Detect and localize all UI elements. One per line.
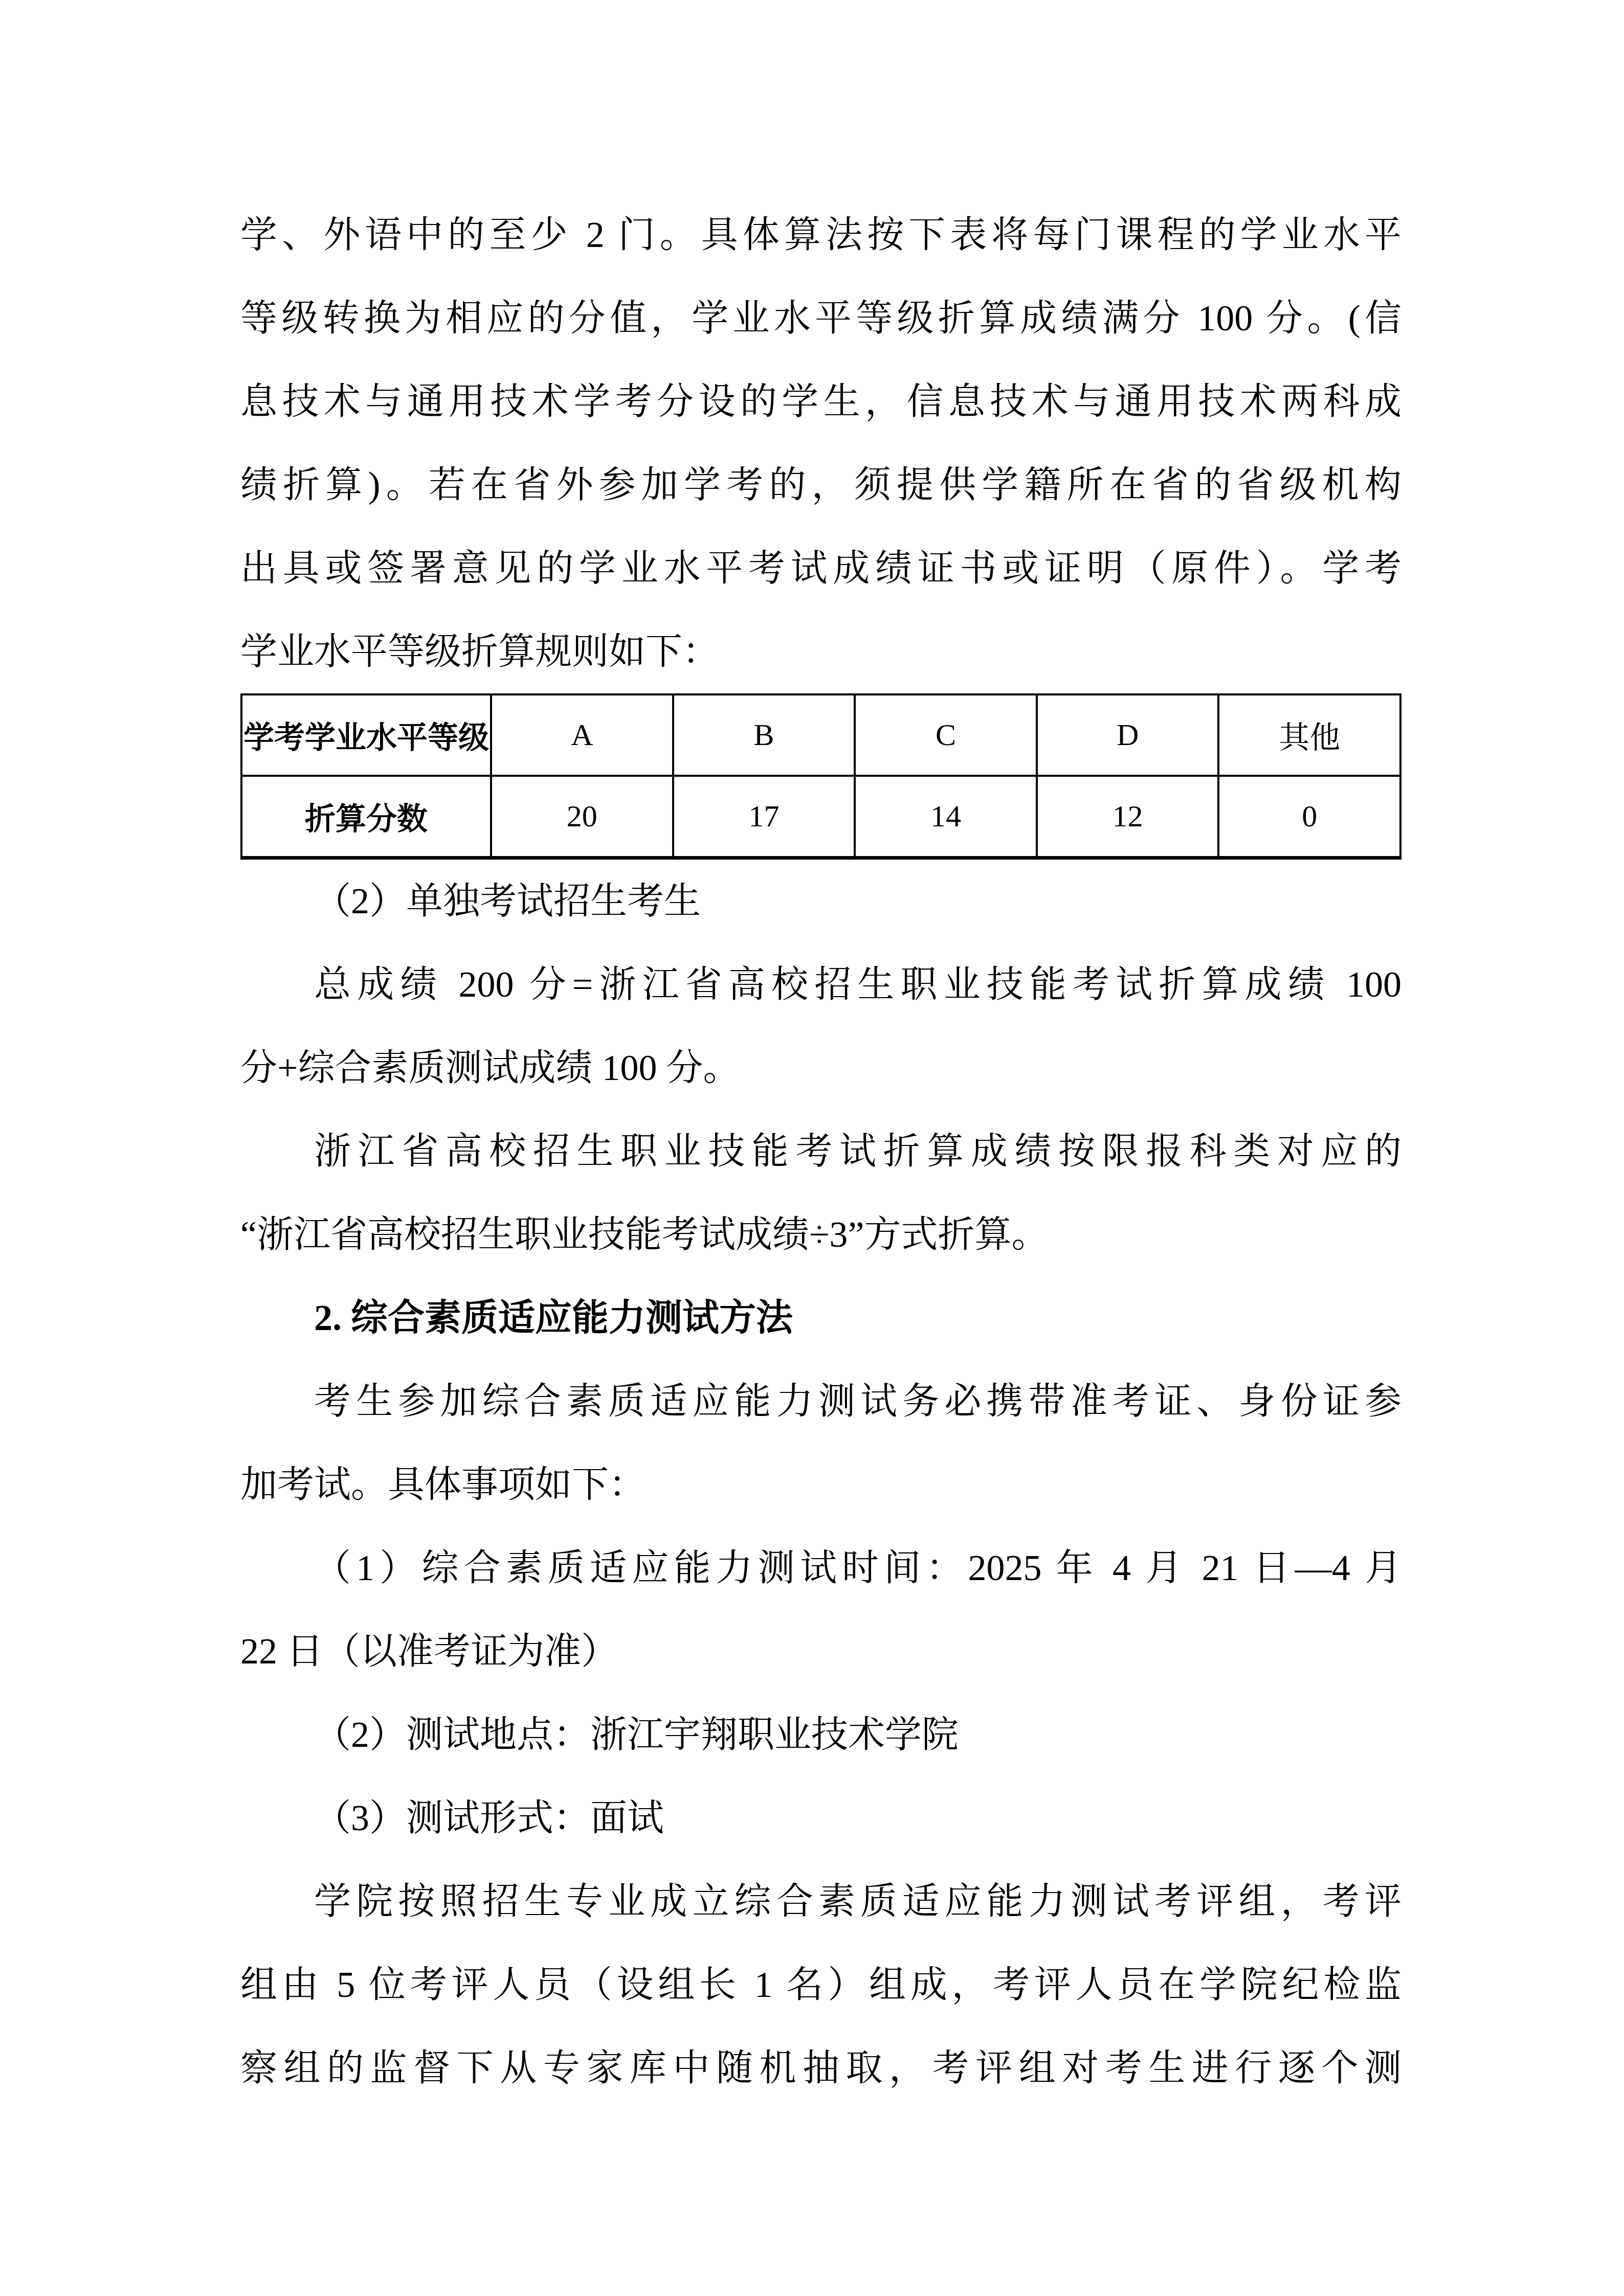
page-content: 学、外语中的至少 2 门。具体算法按下表将每门课程的学业水平 等级转换为相应的分… — [240, 193, 1401, 2110]
text-line: 察组的监督下从专家库中随机抽取，考评组对考生进行逐个测 — [240, 2027, 1401, 2110]
table-row-grades: 学考学业水平等级 A B C D 其他 — [241, 694, 1400, 776]
text-line: 考生参加综合素质适应能力测试务必携带准考证、身份证参 — [240, 1360, 1401, 1443]
text-line: （3）测试形式：面试 — [240, 1776, 1401, 1860]
section-heading-line: 2. 综合素质适应能力测试方法 — [240, 1276, 1401, 1360]
table-row-scores: 折算分数 20 17 14 12 0 — [241, 776, 1400, 858]
text-line: （2）单独考试招生考生 — [240, 860, 1401, 943]
table-cell-score-a: 20 — [491, 776, 673, 858]
text-line: 学业水平等级折算规则如下： — [240, 610, 1401, 693]
text-line: 学、外语中的至少 2 门。具体算法按下表将每门课程的学业水平 — [240, 193, 1401, 277]
text-line: （1）综合素质适应能力测试时间：2025 年 4 月 21 日—4 月 — [240, 1526, 1401, 1610]
text-line: 浙江省高校招生职业技能考试折算成绩按限报科类对应的 — [240, 1110, 1401, 1193]
table-cell-score-c: 14 — [855, 776, 1037, 858]
table-cell-grade-b: B — [673, 694, 855, 776]
table-cell-score-other: 0 — [1218, 776, 1400, 858]
text-line: 组由 5 位考评人员（设组长 1 名）组成，考评人员在学院纪检监 — [240, 1943, 1401, 2027]
text-line: 息技术与通用技术学考分设的学生，信息技术与通用技术两科成 — [240, 360, 1401, 443]
text-line: 出具或签署意见的学业水平考试成绩证书或证明（原件）。学考 — [240, 527, 1401, 610]
text-line: 22 日（以准考证为准） — [240, 1610, 1401, 1693]
text-line: “浙江省高校招生职业技能考试成绩÷3”方式折算。 — [240, 1193, 1401, 1276]
text-line: 分+综合素质测试成绩 100 分。 — [240, 1026, 1401, 1110]
text-line: 学院按照招生专业成立综合素质适应能力测试考评组，考评 — [240, 1860, 1401, 1943]
text-line: 等级转换为相应的分值，学业水平等级折算成绩满分 100 分。(信 — [240, 277, 1401, 360]
table-cell-grade-other: 其他 — [1218, 694, 1400, 776]
table-cell-score-d: 12 — [1037, 776, 1219, 858]
table-cell-score-b: 17 — [673, 776, 855, 858]
table-cell-grade-a: A — [491, 694, 673, 776]
table-header-cell: 学考学业水平等级 — [241, 694, 491, 776]
document-page: 学、外语中的至少 2 门。具体算法按下表将每门课程的学业水平 等级转换为相应的分… — [0, 0, 1624, 2296]
text-line: 加考试。具体事项如下： — [240, 1443, 1401, 1526]
text-line: 总成绩 200 分=浙江省高校招生职业技能考试折算成绩 100 — [240, 943, 1401, 1026]
text-line: （2）测试地点：浙江宇翔职业技术学院 — [240, 1693, 1401, 1776]
table-header-cell: 折算分数 — [241, 776, 491, 858]
table-cell-grade-c: C — [855, 694, 1037, 776]
grade-conversion-table: 学考学业水平等级 A B C D 其他 折算分数 20 17 14 12 0 — [240, 693, 1401, 860]
text-line: 绩折算)。若在省外参加学考的，须提供学籍所在省的省级机构 — [240, 443, 1401, 527]
table-cell-grade-d: D — [1037, 694, 1219, 776]
